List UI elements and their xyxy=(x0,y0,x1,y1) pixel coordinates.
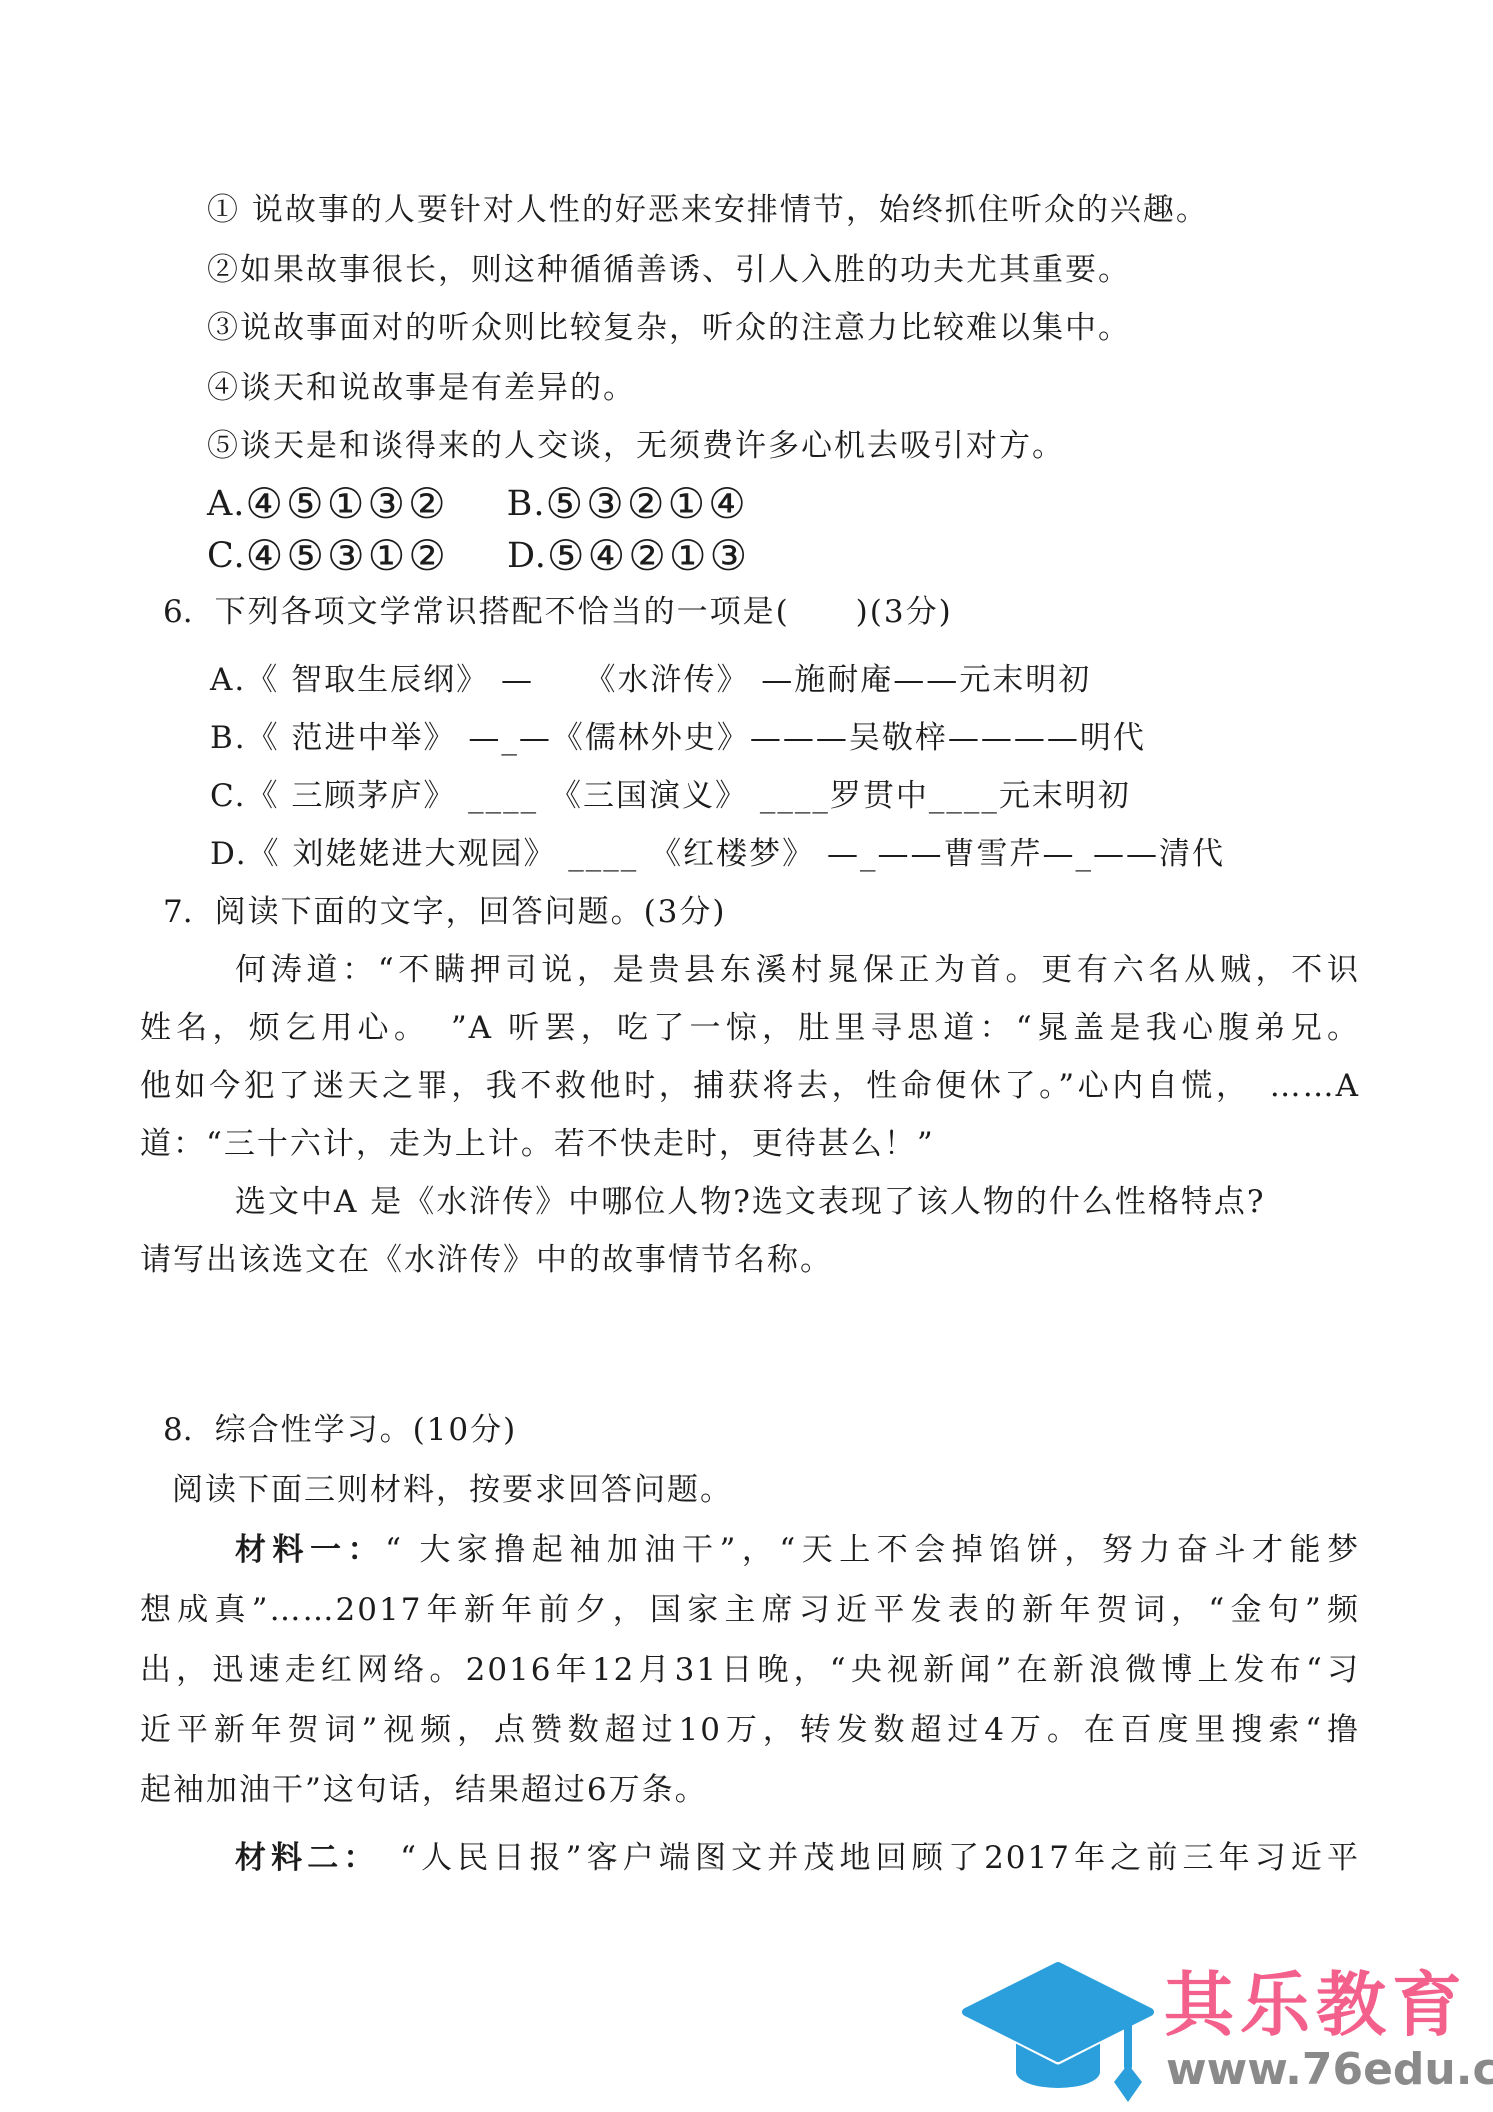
exam-paper-page: ① 说故事的人要针对人性的好恶来安排情节，始终抓住听众的兴趣。 ②如果故事很长，… xyxy=(0,0,1493,2112)
publisher-logo: 其乐教育 www.76edu.com xyxy=(952,1958,1492,2108)
q5-option-a-sequence: ④⑤①③② xyxy=(245,478,448,530)
q5-sentence-2: ②如果故事很长，则这种循循善诱、引人入胜的功夫尤其重要。 xyxy=(207,250,1131,290)
q8-number: 8. xyxy=(163,1410,193,1450)
q5-sentence-5: ⑤谈天是和谈得来的人交谈，无须费许多心机去吸引对方。 xyxy=(207,426,1065,466)
q8-material1-line-3: 出，迅速走红网络。2016年12月31日晚，“央视新闻”在新浪微博上发布“习 xyxy=(140,1650,1360,1690)
q7-passage-line-4: 道：“三十六计，走为上计。若不快走时，更待甚么！” xyxy=(140,1124,935,1164)
q8-material1-text-1: “ 大家撸起袖加油干”，“天上不会掉馅饼，努力奋斗才能梦 xyxy=(385,1532,1360,1568)
q5-option-a: A.④⑤①③② xyxy=(207,478,449,530)
q5-options-row-cd: C.④⑤③①② D.⑤④②①③ xyxy=(207,530,750,582)
q5-option-b: B.⑤③②①④ xyxy=(507,478,749,530)
q6-stem-line: 6.下列各项文学常识搭配不恰当的一项是( )(3分) xyxy=(163,592,953,632)
q6-stem: 下列各项文学常识搭配不恰当的一项是( )(3分) xyxy=(215,594,953,630)
q8-material1-line-1: 材料一：“ 大家撸起袖加油干”，“天上不会掉馅饼，努力奋斗才能梦 xyxy=(235,1530,1360,1570)
q5-option-a-label: A. xyxy=(207,484,245,524)
q8-intro: 阅读下面三则材料，按要求回答问题。 xyxy=(172,1470,733,1510)
q6-option-d: D.《 刘姥姥进大观园》 ____ 《红楼梦》 —_——曹雪芹—_——清代 xyxy=(210,834,1225,874)
q8-material1-line-4: 近平新年贺词”视频，点赞数超过10万，转发数超过4万。在百度里搜索“撸 xyxy=(140,1710,1360,1750)
q8-material2-label: 材料二： xyxy=(235,1840,364,1876)
q8-material1-line-5: 起袖加油干”这句话，结果超过6万条。 xyxy=(140,1770,708,1810)
q8-material2-line-1: 材料二： “人民日报”客户端图文并茂地回顾了2017年之前三年习近平 xyxy=(235,1838,1360,1878)
q5-option-d-label: D. xyxy=(507,536,547,576)
q6-option-b: B.《 范进中举》 —_—《儒林外史》———吴敬梓————明代 xyxy=(210,718,1146,758)
q6-number: 6. xyxy=(163,592,193,632)
q5-option-c-label: C. xyxy=(207,536,246,576)
q8-material2-text: “人民日报”客户端图文并茂地回顾了2017年之前三年习近平 xyxy=(364,1840,1360,1876)
q7-subquestion-1: 选文中A 是《水浒传》中哪位人物?选文表现了该人物的什么性格特点? xyxy=(235,1182,1265,1222)
q5-option-c-sequence: ④⑤③①② xyxy=(246,530,449,582)
q8-stem: 综合性学习。(10分) xyxy=(215,1412,518,1448)
graduation-cap-icon xyxy=(952,1960,1164,2108)
q5-option-d: D.⑤④②①③ xyxy=(507,530,750,582)
q7-stem-line: 7.阅读下面的文字，回答问题。(3分) xyxy=(163,892,727,932)
q5-option-b-label: B. xyxy=(507,484,546,524)
q5-option-d-sequence: ⑤④②①③ xyxy=(547,530,750,582)
q5-sentence-4: ④谈天和说故事是有差异的。 xyxy=(207,368,636,408)
q5-option-b-sequence: ⑤③②①④ xyxy=(546,478,749,530)
q8-material1-label: 材料一： xyxy=(235,1532,385,1568)
q5-sentence-1: ① 说故事的人要针对人性的好恶来安排情节，始终抓住听众的兴趣。 xyxy=(207,190,1209,230)
brand-website: www.76edu.com xyxy=(1166,2046,1493,2094)
q6-option-c: C.《 三顾茅庐》 ____ 《三国演义》 ____罗贯中____元末明初 xyxy=(210,776,1131,816)
q7-number: 7. xyxy=(163,892,193,932)
q6-option-a: A.《 智取生辰纲》 — 《水浒传》 —施耐庵——元末明初 xyxy=(210,660,1091,700)
brand-name: 其乐教育 xyxy=(1164,1970,1468,2040)
q7-subquestion-2: 请写出该选文在《水浒传》中的故事情节名称。 xyxy=(140,1240,833,1280)
q5-options-row-ab: A.④⑤①③② B.⑤③②①④ xyxy=(207,478,749,530)
q8-stem-line: 8.综合性学习。(10分) xyxy=(163,1410,517,1450)
q5-sentence-3: ③说故事面对的听众则比较复杂，听众的注意力比较难以集中。 xyxy=(207,308,1131,348)
q8-material1-line-2: 想成真”……2017年新年前夕，国家主席习近平发表的新年贺词，“金句”频 xyxy=(140,1590,1360,1630)
q7-stem: 阅读下面的文字，回答问题。(3分) xyxy=(215,894,727,930)
q7-passage-line-3: 他如今犯了迷天之罪，我不救他时，捕获将去，性命便休了。”心内自慌， ……A xyxy=(140,1066,1360,1106)
q7-passage-line-2: 姓名，烦乞用心。 ”A 听罢，吃了一惊，肚里寻思道：“晁盖是我心腹弟兄。 xyxy=(140,1008,1360,1048)
q7-passage-line-1: 何涛道：“不瞒押司说，是贵县东溪村晁保正为首。更有六名从贼，不识 xyxy=(235,950,1360,990)
q5-option-c: C.④⑤③①② xyxy=(207,530,449,582)
